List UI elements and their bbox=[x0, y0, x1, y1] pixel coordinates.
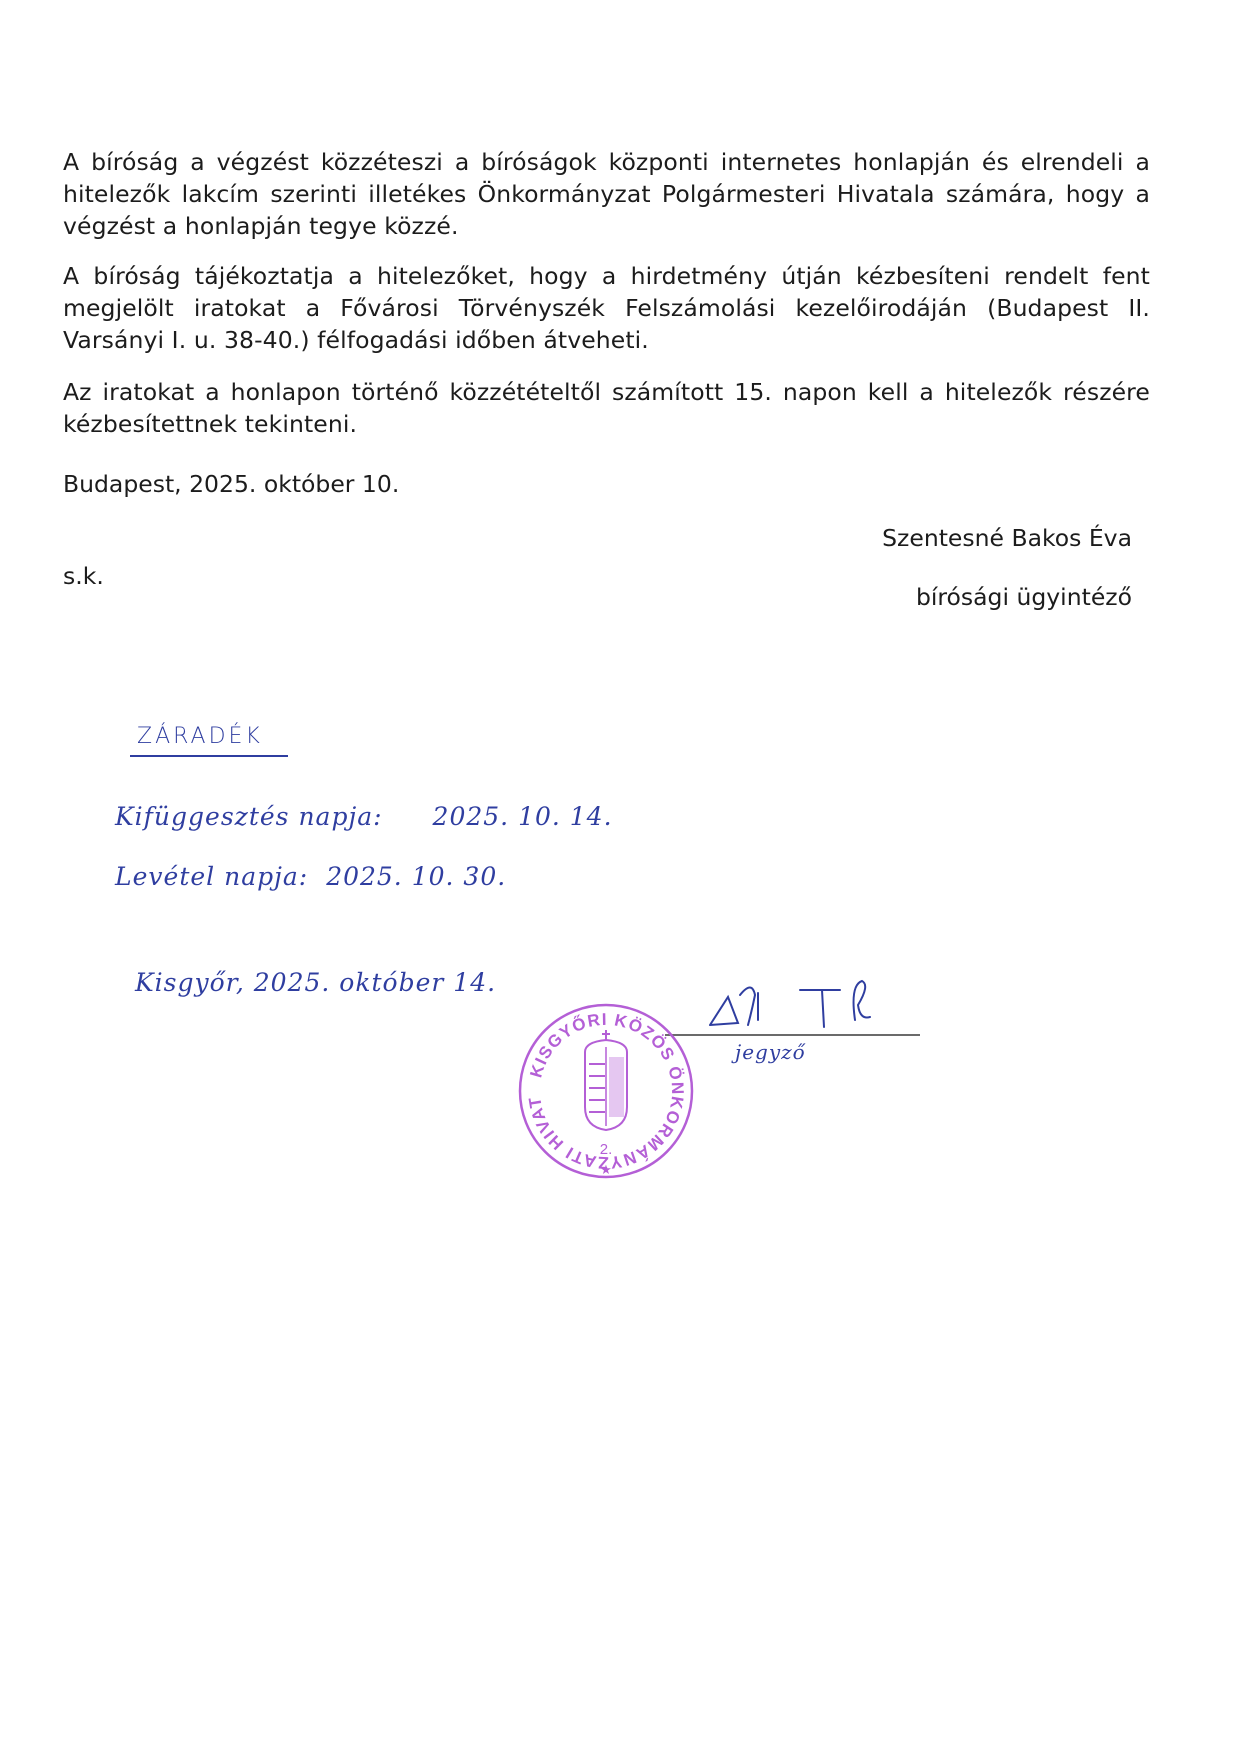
removal-date: 2025. 10. 30. bbox=[326, 862, 506, 891]
signer-name: Szentesné Bakos Éva bbox=[882, 522, 1132, 554]
paragraph-collection-notice: A bíróság tájékoztatja a hitelezőket, ho… bbox=[63, 260, 1150, 356]
removal-date-line: Levétel napja:2025. 10. 30. bbox=[115, 862, 506, 891]
signature-title: jegyző bbox=[735, 1040, 806, 1064]
posting-label: Kifüggesztés napja: bbox=[115, 802, 383, 831]
signer-title: bírósági ügyintéző bbox=[916, 581, 1132, 613]
annotation-heading: ZÁRADÉK bbox=[137, 724, 263, 749]
paragraph-delivery-deemed: Az iratokat a honlapon történő közzététe… bbox=[63, 376, 1150, 440]
official-stamp: KISGYŐRI KÖZÖS ÖNKORMÁNYZATI HIVATAL 2. … bbox=[517, 1002, 695, 1180]
annotation-place-date: Kisgyőr, 2025. október 14. bbox=[135, 968, 496, 997]
signed-mark: s.k. bbox=[63, 560, 104, 592]
annotation-heading-underline bbox=[130, 755, 288, 757]
handwritten-signature bbox=[700, 975, 920, 1035]
star-icon: ★ bbox=[600, 1163, 612, 1178]
stamp-number: 2. bbox=[600, 1141, 613, 1158]
signature-line bbox=[665, 1034, 920, 1036]
removal-label: Levétel napja: bbox=[115, 862, 308, 891]
posting-date: 2025. 10. 14. bbox=[433, 802, 613, 831]
issue-date-line: Budapest, 2025. október 10. bbox=[63, 468, 399, 500]
paragraph-publication-order: A bíróság a végzést közzéteszi a bíróság… bbox=[63, 146, 1150, 242]
coat-of-arms-icon bbox=[585, 1030, 627, 1130]
posting-date-line: Kifüggesztés napja:2025. 10. 14. bbox=[115, 802, 613, 831]
